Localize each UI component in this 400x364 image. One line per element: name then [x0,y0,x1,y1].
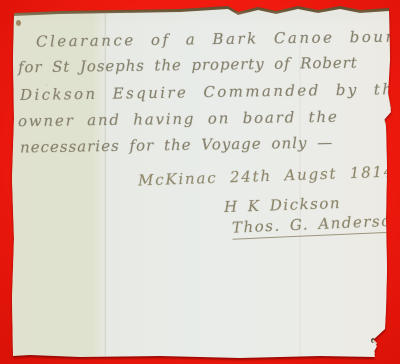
paper-surface: Clearance of a Bark Canoe bound for St J… [0,0,400,364]
photo-red-backdrop: Clearance of a Bark Canoe bound for St J… [0,0,400,364]
signature-anderson: Thos. G. Anderson [232,211,400,239]
paper-stain-spot [16,20,21,26]
handwritten-line-2: for St Josephs the property of Robert [18,54,358,77]
handwritten-line-4: owner and having on board the [18,108,339,130]
handwritten-line-1: Clearance of a Bark Canoe bound [36,27,400,50]
document-paper: Clearance of a Bark Canoe bound for St J… [0,0,400,364]
signature-dickson: H K Dickson [224,194,342,216]
handwritten-dateline: McKinac 24th Augst 1814 [138,163,396,190]
handwritten-line-5: necessaries for the Voyage only — [20,134,333,157]
handwritten-line-3: Dickson Esquire Commanded by the [20,80,400,104]
